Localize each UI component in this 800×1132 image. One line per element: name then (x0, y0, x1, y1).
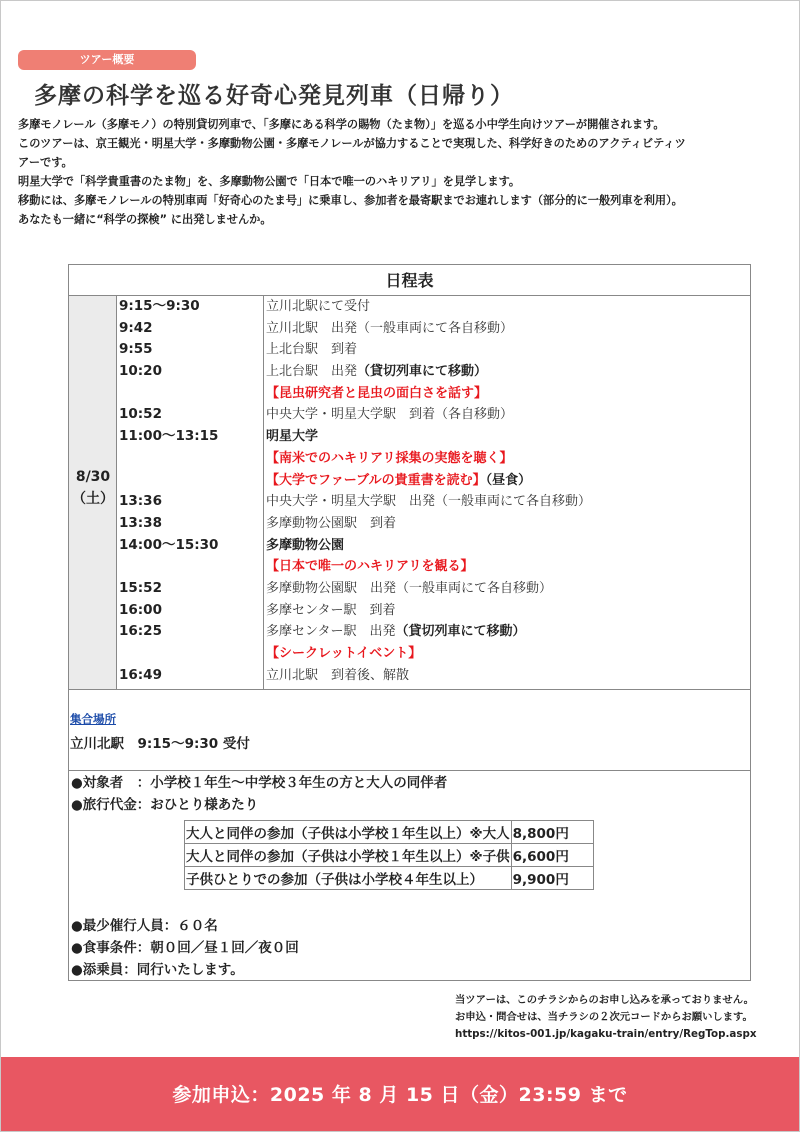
schedule-time: 16:49 (117, 665, 263, 687)
table-row: 大人と同伴の参加（子供は小学校１年生以上）※子供 6,600円 (185, 844, 594, 867)
schedule-time: 10:20 (117, 361, 263, 383)
schedule-desc: 中央大学・明星大学駅 出発（一般車両にて各自移動） (264, 491, 750, 513)
weekday-text: （土） (69, 488, 117, 510)
event-highlight: 【シークレットイベント】 (264, 643, 750, 665)
schedule-time: 15:52 (117, 578, 263, 600)
target-audience: ●対象者 ：小学校１年生～中学校３年生の方と大人の同伴者 (71, 772, 447, 794)
schedule-time (117, 556, 263, 578)
entry-url: https://kitos-001.jp/kagaku-train/entry/… (455, 1026, 756, 1043)
schedule-desc: 多摩動物公園駅 到着 (264, 513, 750, 535)
venue-name: 明星大学 (264, 426, 750, 448)
venue-name: 多摩動物公園 (264, 535, 750, 557)
event-highlight: 【昆虫研究者と昆虫の面白さを話す】 (264, 383, 750, 405)
event-highlight: 【日本で唯一のハキリアリを観る】 (264, 556, 750, 578)
intro-text: 多摩モノレール（多摩モノ）の特別貸切列車で、「多摩にある科学の賜物（たま物）」を… (18, 115, 788, 229)
schedule-time: 16:00 (117, 600, 263, 622)
divider (69, 689, 750, 690)
price-amount: 9,900円 (511, 867, 593, 890)
schedule-time (117, 470, 263, 492)
fee-label: ●旅行代金：おひとり様あたり (71, 794, 447, 816)
schedule-time: 13:36 (117, 491, 263, 513)
schedule-time: 10:52 (117, 404, 263, 426)
date-text: 8/30 (69, 466, 117, 488)
notice-line: お申込・問合せは、当チラシの２次元コードからお願いします。 (455, 1009, 756, 1026)
intro-line: 移動には、多摩モノレールの特別車両「好奇心のたま号」に乗車し、参加者を最寄駅まで… (18, 191, 788, 210)
schedule-desc: 立川北駅 到着後、解散 (264, 665, 750, 687)
schedule-time (117, 383, 263, 405)
transport-note: （貸切列車にて移動） (357, 364, 487, 379)
intro-line: あなたも一緒に“科学の探検” に出発しませんか。 (18, 210, 788, 229)
schedule-date: 8/30 （土） (69, 466, 117, 510)
schedule-desc: 多摩動物公園駅 出発（一般車両にて各自移動） (264, 578, 750, 600)
lunch-note: （昼食） (486, 473, 532, 488)
tour-conditions: ●最少催行人員：６０名 ●食事条件：朝０回／昼１回／夜０回 ●添乗員：同行いたし… (71, 915, 299, 981)
schedule-time: 9:15～9:30 (117, 296, 263, 318)
intro-line: このツアーは、京王観光・明星大学・多摩動物公園・多摩モノレールが協力することで実… (18, 134, 788, 153)
notice-line: 当ツアーは、このチラシからのお申し込みを承っておりません。 (455, 992, 756, 1009)
schedule-time: 11:00～13:15 (117, 426, 263, 448)
schedule-desc: 上北台駅 出発（貸切列車にて移動） (264, 361, 750, 383)
intro-line: 多摩モノレール（多摩モノ）の特別貸切列車で、「多摩にある科学の賜物（たま物）」を… (18, 115, 788, 134)
schedule-time: 9:42 (117, 318, 263, 340)
intro-line: 明星大学で「科学貴重書のたま物」を、多摩動物公園で「日本で唯一のハキリアリ」を見… (18, 172, 788, 191)
page-title: 多摩の科学を巡る好奇心発見列車（日帰り） (34, 77, 514, 110)
deadline-banner: 参加申込：2025 年 8 月 15 日（金）23:59 まで (1, 1057, 799, 1132)
application-notice: 当ツアーは、このチラシからのお申し込みを承っておりません。 お申込・問合せは、当… (455, 992, 756, 1043)
schedule-time: 9:55 (117, 339, 263, 361)
divider (69, 770, 750, 771)
schedule-time: 13:38 (117, 513, 263, 535)
schedule-frame: 日程表 8/30 （土） 9:15～9:30 9:42 9:55 10:20 1… (68, 264, 751, 981)
event-highlight: 【大学でファーブルの貴重書を読む】（昼食） (264, 470, 750, 492)
price-label: 子供ひとりでの参加（子供は小学校４年生以上） (185, 867, 512, 890)
schedule-desc: 多摩センター駅 到着 (264, 600, 750, 622)
price-table: 大人と同伴の参加（子供は小学校１年生以上）※大人 8,800円 大人と同伴の参加… (184, 820, 594, 890)
description-column: 立川北駅にて受付 立川北駅 出発（一般車両にて各自移動） 上北台駅 到着 上北台… (264, 296, 750, 689)
schedule-desc: 中央大学・明星大学駅 到着（各自移動） (264, 404, 750, 426)
table-row: 子供ひとりでの参加（子供は小学校４年生以上） 9,900円 (185, 867, 594, 890)
schedule-title: 日程表 (69, 265, 750, 296)
price-label: 大人と同伴の参加（子供は小学校１年生以上）※大人 (185, 821, 512, 844)
tour-details: ●対象者 ：小学校１年生～中学校３年生の方と大人の同伴者 ●旅行代金：おひとり様… (71, 772, 447, 816)
schedule-desc: 立川北駅にて受付 (264, 296, 750, 318)
schedule-time: 16:25 (117, 621, 263, 643)
section-badge: ツアー概要 (18, 50, 196, 70)
schedule-desc: 立川北駅 出発（一般車両にて各自移動） (264, 318, 750, 340)
schedule-desc: 上北台駅 到着 (264, 339, 750, 361)
intro-line: アーです。 (18, 153, 788, 172)
meal-conditions: ●食事条件：朝０回／昼１回／夜０回 (71, 937, 299, 959)
schedule-time (117, 448, 263, 470)
meeting-place-value: 立川北駅 9:15～9:30 受付 (70, 732, 250, 752)
price-amount: 8,800円 (511, 821, 593, 844)
price-label: 大人と同伴の参加（子供は小学校１年生以上）※子供 (185, 844, 512, 867)
schedule-time (117, 643, 263, 665)
schedule-time: 14:00～15:30 (117, 535, 263, 557)
date-cell: 8/30 （土） (69, 296, 117, 689)
time-column: 9:15～9:30 9:42 9:55 10:20 10:52 11:00～13… (117, 296, 264, 689)
price-amount: 6,600円 (511, 844, 593, 867)
meeting-place-label: 集合場所 (70, 711, 116, 727)
min-participants: ●最少催行人員：６０名 (71, 915, 299, 937)
tour-conductor: ●添乗員：同行いたします。 (71, 959, 299, 981)
event-highlight: 【南米でのハキリアリ採集の実態を聴く】 (264, 448, 750, 470)
table-row: 大人と同伴の参加（子供は小学校１年生以上）※大人 8,800円 (185, 821, 594, 844)
transport-note: （貸切列車にて移動） (395, 624, 525, 639)
schedule-desc: 多摩センター駅 出発（貸切列車にて移動） (264, 621, 750, 643)
